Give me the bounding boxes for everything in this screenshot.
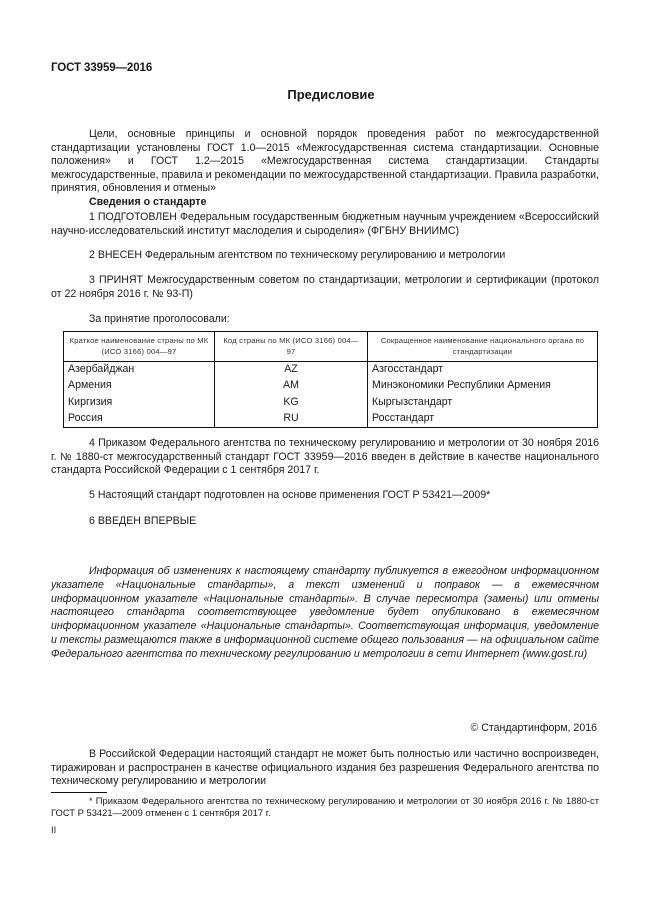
cell-body: Росстандарт (368, 411, 598, 428)
cell-code: AZ (215, 362, 368, 379)
table-row: Киргизия KG Кыргызстандарт (64, 395, 598, 412)
cell-code: AM (215, 378, 368, 395)
cell-body: Минэкономики Республики Армения (368, 378, 598, 395)
item-6-introduced: 6 ВВЕДЕН ВПЕРВЫЕ (51, 515, 599, 529)
footnote-rule (51, 792, 107, 793)
page-header-doc-code: ГОСТ 33959—2016 (51, 62, 152, 76)
item-1-prepared: 1 ПОДГОТОВЛЕН Федеральным государственны… (51, 211, 599, 238)
reproduction-notice: В Российской Федерации настоящий стандар… (51, 748, 599, 789)
cell-country: Киргизия (64, 395, 215, 412)
page-number: II (51, 823, 56, 837)
copyright: © Стандартинформ, 2016 (471, 722, 597, 736)
column-header-body: Сокращенное наименование национального о… (368, 332, 598, 362)
changes-notice: Информация об изменениях к настоящему ст… (51, 565, 599, 662)
table-row: Азербайджан AZ Азгосстандарт (64, 362, 598, 379)
column-header-code: Код страны по МК (ИСО 3166) 004—97 (215, 332, 368, 362)
cell-code: RU (215, 411, 368, 428)
table-row: Армения AM Минэкономики Республики Армен… (64, 378, 598, 395)
cell-body: Кыргызстандарт (368, 395, 598, 412)
footnote: * Приказом Федерального агентства по тех… (51, 795, 599, 819)
vote-label: За принятие проголосовали: (89, 313, 230, 327)
cell-country: Азербайджан (64, 362, 215, 379)
item-5-basis: 5 Настоящий стандарт подготовлен на осно… (51, 489, 599, 503)
item-3-adopted: 3 ПРИНЯТ Межгосударственным советом по с… (51, 274, 599, 301)
cell-country: Россия (64, 411, 215, 428)
cell-code: KG (215, 395, 368, 412)
vote-table: Краткое наименование страны по МК (ИСО 3… (63, 331, 598, 428)
vote-table-header-row: Краткое наименование страны по МК (ИСО 3… (64, 332, 598, 362)
table-row: Россия RU Росстандарт (64, 411, 598, 428)
page-title: Предисловие (0, 88, 646, 102)
item-4-order: 4 Приказом Федерального агентства по тех… (51, 437, 599, 478)
column-header-country: Краткое наименование страны по МК (ИСО 3… (64, 332, 215, 362)
cell-country: Армения (64, 378, 215, 395)
item-2-submitted: 2 ВНЕСЕН Федеральным агентством по техни… (51, 249, 599, 263)
info-heading: Сведения о стандарте (89, 196, 206, 210)
intro-paragraph: Цели, основные принципы и основной поряд… (51, 128, 599, 196)
cell-body: Азгосстандарт (368, 362, 598, 379)
